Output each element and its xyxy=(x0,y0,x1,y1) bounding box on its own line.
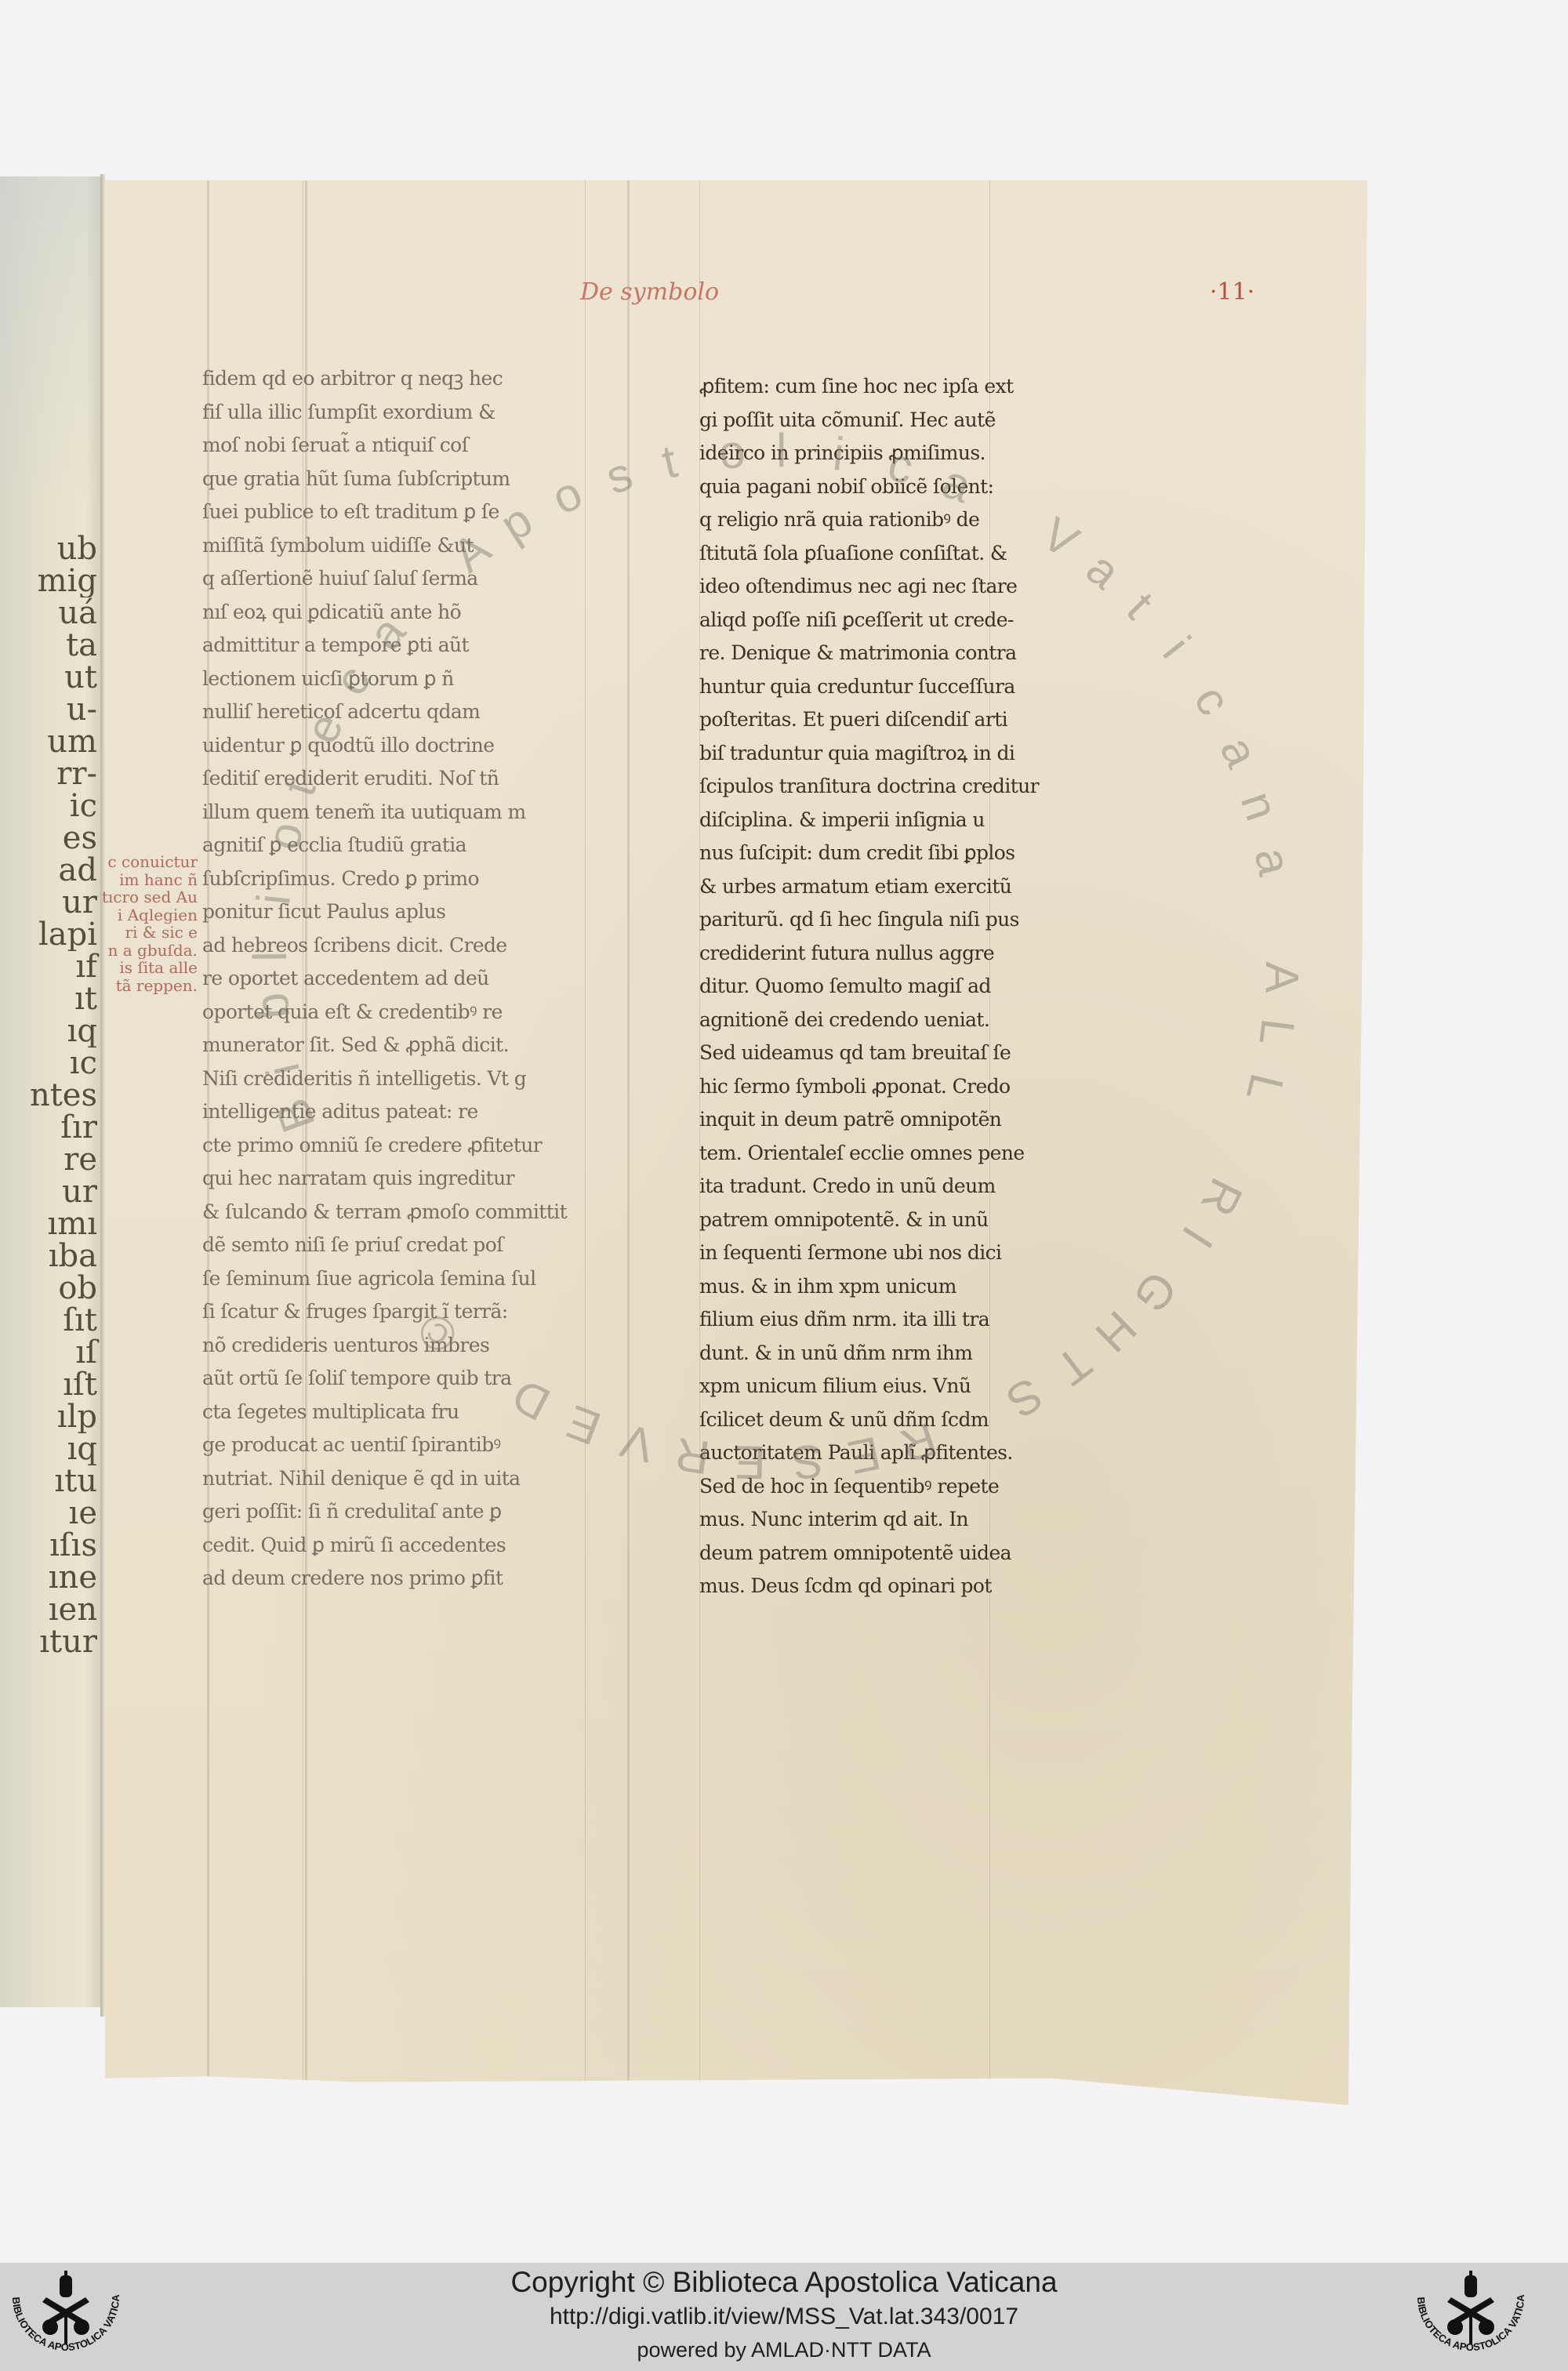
text-line: tem. Orientaleſ ecclie omnes pene xyxy=(699,1137,1107,1171)
text-line: & ſulcando & terram ꝓmoſo committit xyxy=(202,1196,594,1229)
text-line: moſ nobi ſeruat̃ a ntiquiſ coſ xyxy=(202,429,594,463)
facing-page-line: es xyxy=(3,822,100,855)
marginal-note-line: n a gbuſda. xyxy=(96,942,198,960)
facing-page-line: ntes xyxy=(3,1080,100,1112)
facing-page-line: ıtur xyxy=(3,1626,100,1658)
text-line: nus ſuſcipit: dum credit ſibi ꝑplos xyxy=(699,837,1107,870)
facing-page-line: lapi xyxy=(3,919,100,951)
text-line: ge producat ac uentiſ ſpirantibꝰ xyxy=(202,1429,594,1462)
text-line: lectionem uicſi ꝑtorum ꝑ ñ xyxy=(202,663,594,696)
text-line: cte primo omniũ ſe credere ꝓfitetur xyxy=(202,1129,594,1163)
watermark-char: l xyxy=(776,423,786,477)
text-line: ditur. Quomo ſemulto magiſ ad xyxy=(699,970,1107,1004)
marginal-note-line: im hanc ñ xyxy=(96,871,198,889)
facing-page-line: rr- xyxy=(3,758,100,790)
facing-page-line: uá xyxy=(3,597,100,630)
facing-page-line: ıba xyxy=(3,1240,100,1273)
text-line: ſuei publice to eſt traditum ꝑ ſe xyxy=(202,496,594,529)
text-line: deum patrem omnipotentẽ uidea xyxy=(699,1537,1107,1570)
facing-page-line: ıſ xyxy=(3,1337,100,1369)
text-line: aliqd poſſe niſi ꝑceſſerit ut crede- xyxy=(699,604,1107,637)
text-line: ſe ſeminum ſiue agricola ſemina ſul xyxy=(202,1262,594,1296)
facing-page-line: ılp xyxy=(3,1401,100,1433)
text-line: patrem omnipotentẽ. & in unũ xyxy=(699,1204,1107,1237)
text-line: agnitionẽ dei credendo ueniat. xyxy=(699,1004,1107,1037)
facing-page-line: ur xyxy=(3,887,100,919)
folio-number: ·11· xyxy=(1210,278,1254,306)
text-line: nõ credideris uenturos imbres xyxy=(202,1329,594,1363)
text-line: huntur quia creduntur ſucceſſura xyxy=(699,670,1107,704)
text-line: re. Denique & matrimonia contra xyxy=(699,637,1107,670)
watermark-char: A xyxy=(1255,961,1309,993)
text-line: mus. Nunc interim qd ait. In xyxy=(699,1503,1107,1537)
text-line: ita tradunt. Credo in unũ deum xyxy=(699,1170,1107,1204)
facing-page-line: ob xyxy=(3,1273,100,1305)
text-line: ſeditiſ erediderit eruditi. Noſ tñ xyxy=(202,762,594,796)
facing-page-line: ub xyxy=(3,533,100,565)
copyright-footer: Copyright © Biblioteca Apostolica Vatica… xyxy=(0,2263,1568,2371)
running-title: De symbolo xyxy=(580,278,719,306)
marginal-note-line: c conuictur xyxy=(96,853,198,871)
text-line: crediderint futura nullus aggre xyxy=(699,937,1107,971)
text-line: mus. & in ihm xpm unicum xyxy=(699,1270,1107,1304)
marginal-note: c conuicturim hanc ñtıcro sed Aui Aqlegi… xyxy=(96,853,198,994)
marginal-note-line: tã reppen. xyxy=(96,977,198,995)
watermark-char: S xyxy=(789,1433,826,1490)
text-line: cedit. Quid ꝑ mirũ ſi accedentes xyxy=(202,1529,594,1563)
text-line: hic ſermo ſymboli ꝓponat. Credo xyxy=(699,1070,1107,1104)
facing-page-line: ıſıs xyxy=(3,1530,100,1562)
book-gutter xyxy=(100,174,105,2017)
text-line: fidem qd eo arbitror q neqꝫ hec xyxy=(202,362,594,396)
text-line: gi poſſit uita cõmuniſ. Hec autẽ xyxy=(699,404,1107,438)
text-line: nutriat. Nihil denique ẽ qd in uita xyxy=(202,1462,594,1496)
facing-page-line: ad xyxy=(3,855,100,887)
facing-page-line: mig xyxy=(3,565,100,597)
text-line: filium eius dñm nrm. ita illi tra xyxy=(699,1303,1107,1337)
watermark-char: l xyxy=(243,951,297,962)
vatican-library-seal-icon: BIBLIOTECA APOSTOLICA VATICANA xyxy=(1408,2266,1534,2368)
text-line: fiſ ulla illic ſumpſit exordium & xyxy=(202,396,594,430)
facing-page-line: ıq xyxy=(3,1433,100,1465)
text-line: qui hec narratam quis ingreditur xyxy=(202,1162,594,1196)
text-line: intelligentie aditus pateat: re xyxy=(202,1095,594,1129)
text-line: que gratia hũt ſuma ſubſcriptum xyxy=(202,463,594,496)
watermark-char: R xyxy=(672,1427,713,1485)
marginal-note-line: ri & sic e xyxy=(96,924,198,942)
facing-page-text-fragments: ubmiguátautu-umrr-icesadurlapiıfıtıqıcnt… xyxy=(3,533,100,1658)
text-line: nıſ eoꝝ qui ꝑdicatiũ ante hõ xyxy=(202,596,594,630)
text-line: Sed uideamus qd tam breuitaſ ſe xyxy=(699,1037,1107,1070)
text-line: ad deum credere nos primo ꝑfit xyxy=(202,1562,594,1596)
facing-page-line: ıen xyxy=(3,1594,100,1626)
facing-page-line: ıf xyxy=(3,951,100,983)
facing-page-edge: ubmiguátautu-umrr-icesadurlapiıfıtıqıcnt… xyxy=(0,176,100,2007)
facing-page-line: ur xyxy=(3,1176,100,1208)
text-line: biſ traduntur quia magiſtroꝝ in di xyxy=(699,737,1107,771)
text-line: diſciplina. & imperii inſignia u xyxy=(699,804,1107,837)
facing-page-line: ıc xyxy=(3,1048,100,1080)
facing-page-line: ta xyxy=(3,630,100,662)
text-line: geri poſſit: ſi ñ credulitaſ ante ꝑ xyxy=(202,1495,594,1529)
text-line: ſubſcripſimus. Credo ꝑ primo xyxy=(202,862,594,896)
text-line: ideo oſtendimus nec agi nec ſtare xyxy=(699,570,1107,604)
text-line: re oportet accedentem ad deũ xyxy=(202,962,594,996)
facing-page-line: re xyxy=(3,1144,100,1176)
text-line: poſteritas. Et pueri diſcendiſ arti xyxy=(699,703,1107,737)
facing-page-line: ſıt xyxy=(3,1305,100,1337)
text-line: q aſſertionẽ huiuſ ſaluſ ſerma xyxy=(202,562,594,596)
facing-page-line: ıne xyxy=(3,1562,100,1594)
text-line: & urbes armatum etiam exercitũ xyxy=(699,870,1107,904)
facing-page-line: ıe xyxy=(3,1498,100,1530)
marginal-note-line: is ſita alle xyxy=(96,959,198,977)
text-line: uidentur ꝑ quodtũ illo doctrine xyxy=(202,729,594,763)
facing-page-line: um xyxy=(3,726,100,758)
text-line: ſi ſcatur & fruges ſpargit ĩ terrã: xyxy=(202,1295,594,1329)
text-line: inquit in deum patrẽ omnipotẽn xyxy=(699,1103,1107,1137)
marginal-note-line: tıcro sed Au xyxy=(96,888,198,906)
text-line: ſcipulos tranſitura doctrina creditur xyxy=(699,770,1107,804)
text-line: xpm unicum filium eius. Vnũ xyxy=(699,1370,1107,1403)
text-line: nulliſ hereticoſ adcertu qdam xyxy=(202,695,594,729)
facing-page-line: ut xyxy=(3,662,100,694)
facing-page-line: ıtu xyxy=(3,1465,100,1498)
facing-page-line: ımı xyxy=(3,1208,100,1240)
facing-page-line: u- xyxy=(3,694,100,726)
text-line: pariturũ. qd ſi hec ſingula niſi pus xyxy=(699,903,1107,937)
copyright-text: Copyright © Biblioteca Apostolica Vatica… xyxy=(0,2266,1568,2299)
text-line: mus. Deus ſcdm qd opinari pot xyxy=(699,1570,1107,1603)
text-line: ꝓfitem: cum ſine hoc nec ipſa ext xyxy=(699,370,1107,404)
marginal-note-line: i Aqlegien xyxy=(96,906,198,924)
source-url[interactable]: http://digi.vatlib.it/view/MSS_Vat.lat.3… xyxy=(0,2304,1568,2330)
watermark-char: E xyxy=(734,1435,766,1490)
powered-by-text: powered by AMLAD·NTT DATA xyxy=(0,2338,1568,2362)
text-line: dẽ semto niſi ſe priuſ credat poſ xyxy=(202,1229,594,1262)
facing-page-line: ıt xyxy=(3,983,100,1015)
text-line: munerator ſit. Sed & ꝓphã dicit. xyxy=(202,1029,594,1062)
text-line: in ſequenti ſermone ubi nos dici xyxy=(699,1236,1107,1270)
facing-page-line: ſır xyxy=(3,1112,100,1144)
facing-page-line: ic xyxy=(3,790,100,822)
facing-page-line: ıq xyxy=(3,1015,100,1048)
facing-page-line: ıſt xyxy=(3,1369,100,1401)
vatican-library-seal-icon: BIBLIOTECA APOSTOLICA VATICANA xyxy=(3,2266,129,2368)
